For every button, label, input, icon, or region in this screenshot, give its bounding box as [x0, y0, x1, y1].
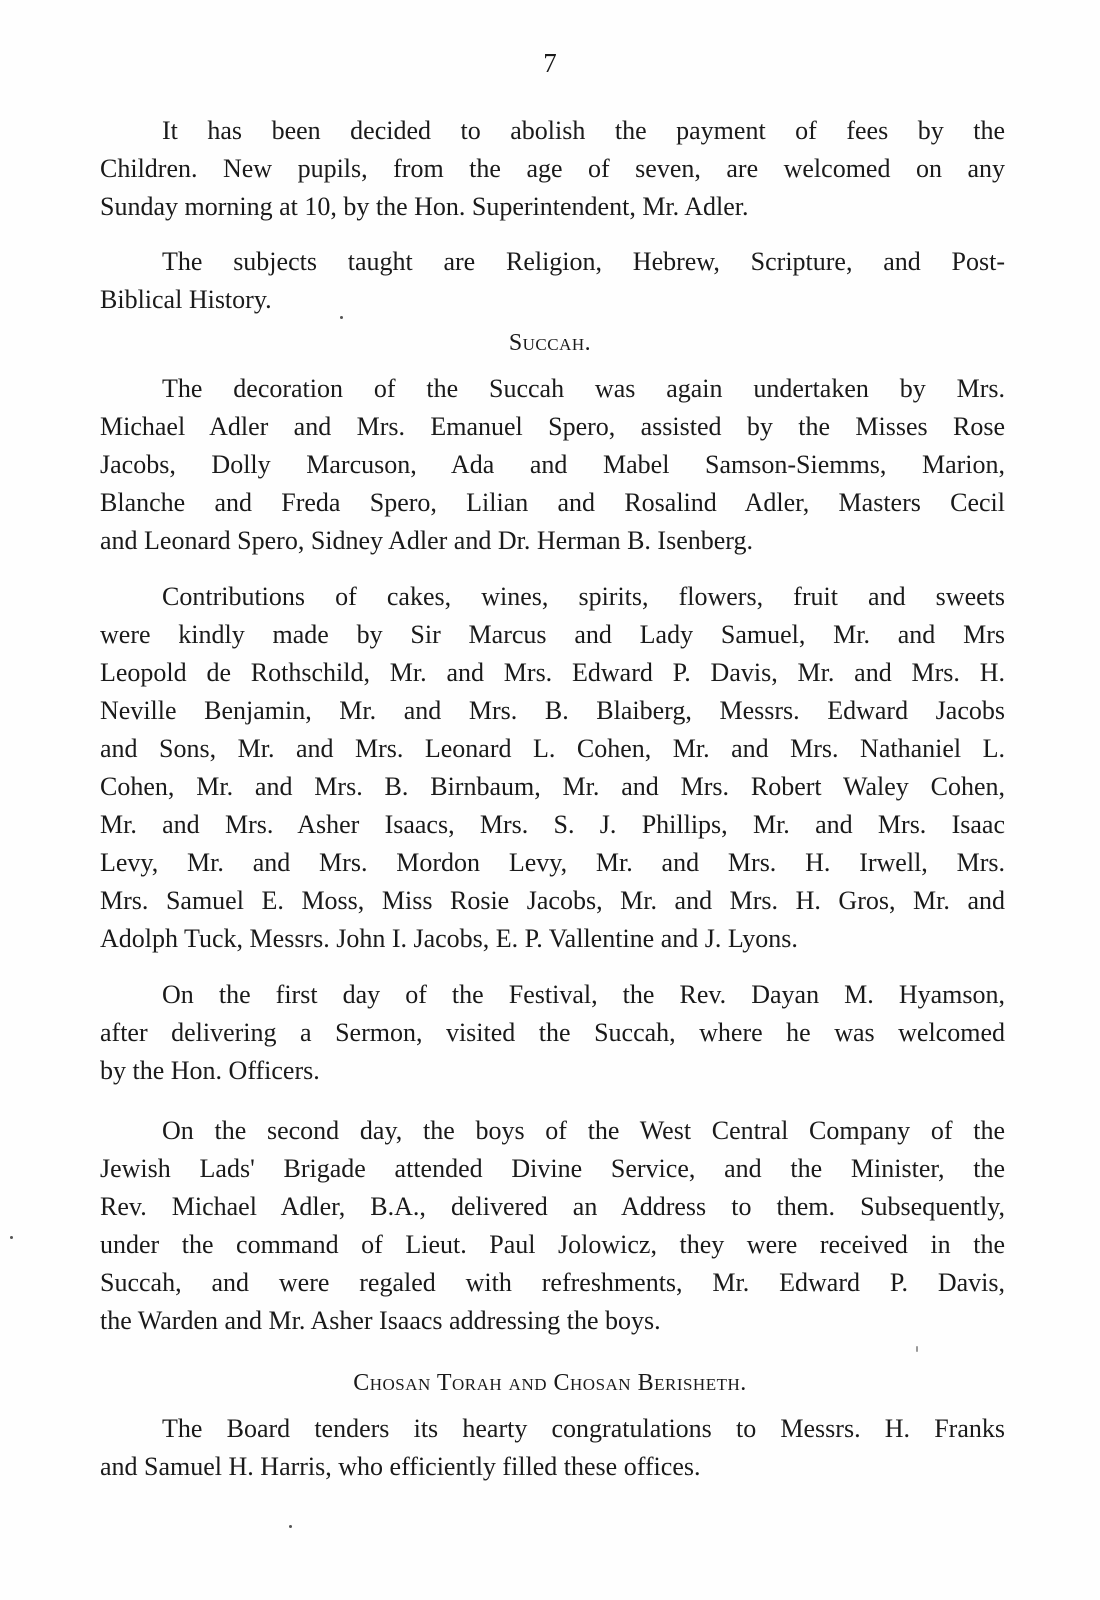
paragraph-line: Blanche and Freda Spero, Lilian and Rosa… [100, 484, 1005, 522]
paragraph-line: were kindly made by Sir Marcus and Lady … [100, 616, 1005, 654]
paragraph-line: and Leonard Spero, Sidney Adler and Dr. … [100, 522, 1005, 560]
paragraph-line: Contributions of cakes, wines, spirits, … [100, 578, 1005, 616]
paragraph-line: Adolph Tuck, Messrs. John I. Jacobs, E. … [100, 920, 1005, 958]
paragraph-line: Jewish Lads' Brigade attended Divine Ser… [100, 1150, 1005, 1188]
paragraph-line: Sunday morning at 10, by the Hon. Superi… [100, 188, 1005, 226]
decoration-paragraph: The decoration of the Succah was again u… [100, 370, 1005, 560]
paragraph-line: On the first day of the Festival, the Re… [100, 976, 1005, 1014]
second-day-paragraph: On the second day, the boys of the West … [100, 1112, 1005, 1340]
paragraph-line: and Sons, Mr. and Mrs. Leonard L. Cohen,… [100, 730, 1005, 768]
paragraph-line: Jacobs, Dolly Marcuson, Ada and Mabel Sa… [100, 446, 1005, 484]
first-day-paragraph: On the first day of the Festival, the Re… [100, 976, 1005, 1090]
paragraph-line: Succah, and were regaled with refreshmen… [100, 1264, 1005, 1302]
print-speck [340, 316, 343, 319]
paragraph-line: under the command of Lieut. Paul Jolowic… [100, 1226, 1005, 1264]
print-speck [10, 1236, 13, 1239]
paragraph-line: Children. New pupils, from the age of se… [100, 150, 1005, 188]
paragraph-line: after delivering a Sermon, visited the S… [100, 1014, 1005, 1052]
paragraph-line: Levy, Mr. and Mrs. Mordon Levy, Mr. and … [100, 844, 1005, 882]
paragraph-line: Michael Adler and Mrs. Emanuel Spero, as… [100, 408, 1005, 446]
chosan-paragraph: The Board tenders its hearty congratulat… [100, 1410, 1005, 1486]
document-page: 7 It has been decided to abolish the pay… [0, 0, 1100, 1600]
paragraph-line: Neville Benjamin, Mr. and Mrs. B. Blaibe… [100, 692, 1005, 730]
page-number: 7 [0, 48, 1100, 79]
paragraph-line: the Warden and Mr. Asher Isaacs addressi… [100, 1302, 1005, 1340]
contributions-paragraph: Contributions of cakes, wines, spirits, … [100, 578, 1005, 958]
paragraph-line: The subjects taught are Religion, Hebrew… [100, 243, 1005, 281]
paragraph-line: The decoration of the Succah was again u… [100, 370, 1005, 408]
paragraph-line: Leopold de Rothschild, Mr. and Mrs. Edwa… [100, 654, 1005, 692]
fees-paragraph: It has been decided to abolish the payme… [100, 112, 1005, 226]
section-heading-succah: Succah. [0, 330, 1100, 357]
paragraph-line: On the second day, the boys of the West … [100, 1112, 1005, 1150]
print-speck [289, 1525, 292, 1528]
paragraph-line: It has been decided to abolish the payme… [100, 112, 1005, 150]
paragraph-line: Mrs. Samuel E. Moss, Miss Rosie Jacobs, … [100, 882, 1005, 920]
section-heading-chosan: Chosan Torah and Chosan Berisheth. [0, 1370, 1100, 1397]
paragraph-line: by the Hon. Officers. [100, 1052, 1005, 1090]
paragraph-line: The Board tenders its hearty congratulat… [100, 1410, 1005, 1448]
paragraph-line: and Samuel H. Harris, who efficiently fi… [100, 1448, 1005, 1486]
print-speck [916, 1346, 918, 1352]
subjects-paragraph: The subjects taught are Religion, Hebrew… [100, 243, 1005, 319]
paragraph-line: Biblical History. [100, 281, 1005, 319]
paragraph-line: Cohen, Mr. and Mrs. B. Birnbaum, Mr. and… [100, 768, 1005, 806]
paragraph-line: Rev. Michael Adler, B.A., delivered an A… [100, 1188, 1005, 1226]
paragraph-line: Mr. and Mrs. Asher Isaacs, Mrs. S. J. Ph… [100, 806, 1005, 844]
